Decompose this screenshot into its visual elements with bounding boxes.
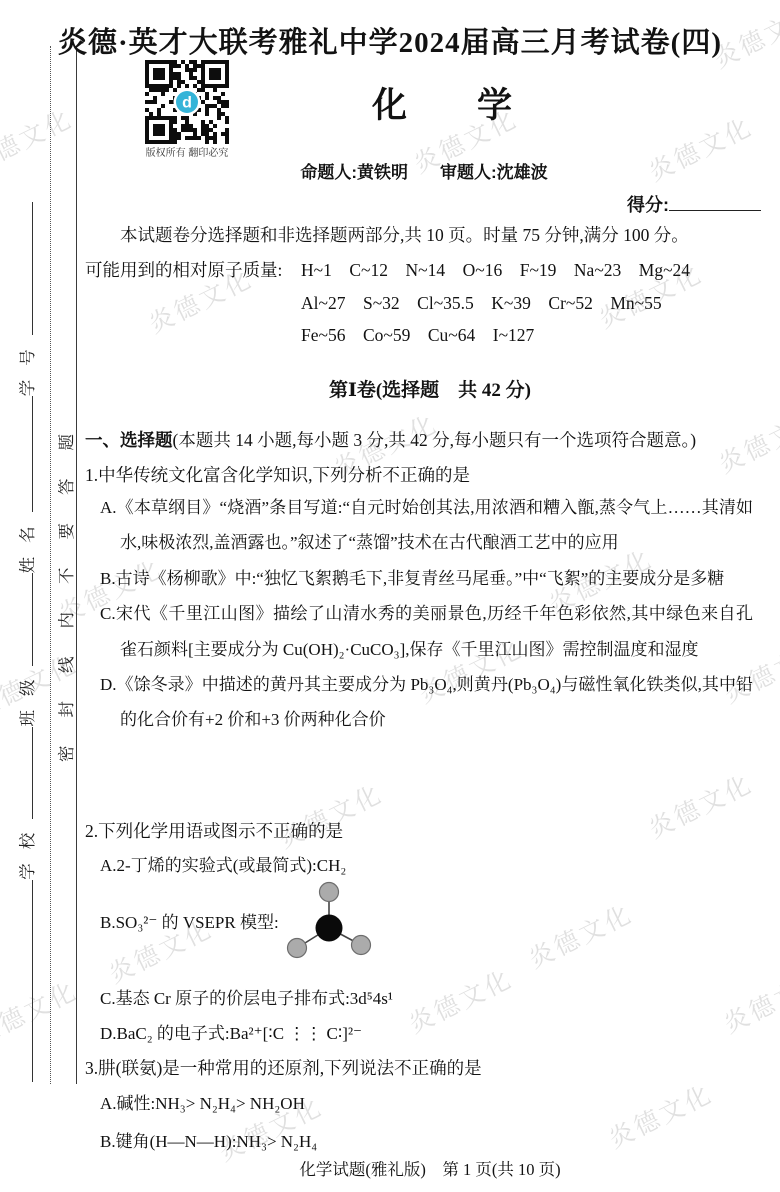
class-blank-line <box>29 727 33 819</box>
score-blank-line <box>669 208 761 211</box>
watermark-text: 炎德文化 <box>602 1074 718 1155</box>
section-title: 第Ⅰ卷(选择题 共 42 分) <box>85 375 775 402</box>
atomic-masses-label: 可能用到的相对原子质量: <box>85 254 282 287</box>
sidebar-field-class: 班级 <box>14 666 38 727</box>
footer-page-info: 化学试题(雅礼版) 第 1 页(共 10 页) <box>85 1156 775 1180</box>
selection-instruction: 一、选择题(本题共 14 小题,每小题 3 分,共 42 分,每小题只有一个选项… <box>85 427 757 452</box>
question-1-options: A.《本草纲目》“烧酒”条目写道:“自元时始创其法,用浓酒和糟入甑,蒸令气上……… <box>85 490 753 738</box>
proposer-label: 命题人:黄铁明 <box>300 158 408 183</box>
top-blank-line <box>29 202 33 335</box>
outer-atom <box>287 939 306 958</box>
subject-title: 化 学 <box>85 78 780 128</box>
sidebar-field-school: 学校 <box>14 819 38 880</box>
option-1c: C.宋代《千里江山图》描绘了山清水秀的美丽景色,历经千年色彩依然,其中绿色来自孔… <box>120 596 753 667</box>
score-label: 得分: <box>627 195 669 215</box>
exam-paper-page: 炎德文化炎德文化炎德文化炎德文化炎德文化炎德文化炎德文化炎德文化炎德文化炎德文化… <box>0 0 780 1192</box>
option-1a: A.《本草纲目》“烧酒”条目写道:“自元时始创其法,用浓酒和糟入甑,蒸令气上……… <box>120 490 753 561</box>
central-atom <box>315 915 342 942</box>
option-3a: A.碱性:NH₃> N₂H₄> NH₂OH <box>100 1089 305 1114</box>
option-2d: D.BaC₂ 的电子式:Ba²⁺[∶C ⋮⋮ C∶]²⁻ <box>100 1019 362 1044</box>
exam-authors-line: 命题人:黄铁明 审题人:沈雄波 <box>85 158 763 183</box>
sidebar-student-fields: 学校 班级 姓名 学号 <box>14 202 48 1082</box>
option-2c: C.基态 Cr 原子的价层电子排布式:3d⁵4s¹ <box>100 984 393 1009</box>
atomic-masses-line: Al~27 S~32 Cl~35.5 K~39 Cr~52 Mn~55 <box>85 287 753 320</box>
selection-instruction-rest: (本题共 14 小题,每小题 3 分,共 42 分,每小题只有一个选项符合题意。… <box>173 430 697 450</box>
outer-atom <box>319 883 338 902</box>
vsepr-model-diagram <box>285 878 377 962</box>
option-2a: A.2-丁烯的实验式(或最简式):CH₂ <box>100 851 346 876</box>
selection-instruction-lead: 一、选择题 <box>85 430 173 450</box>
option-3b: B.键角(H—N—H):NH₃> N₂H₄ <box>100 1127 317 1152</box>
question-3-stem: 3.肼(联氨)是一种常用的还原剂,下列说法不正确的是 <box>85 1055 482 1080</box>
atomic-masses-line: Fe~56 Co~59 Cu~64 I~127 <box>85 319 753 352</box>
watermark-text: 炎德文化 <box>717 959 780 1040</box>
question-2-stem: 2.下列化学用语或图示不正确的是 <box>85 818 343 843</box>
watermark-text: 炎德文化 <box>642 764 758 845</box>
name-blank-line <box>29 573 33 665</box>
outer-atom <box>351 936 370 955</box>
sidebar-field-number: 学号 <box>14 335 38 396</box>
watermark-text: 炎德文化 <box>402 959 518 1040</box>
watermark-text: 炎德文化 <box>272 774 388 855</box>
watermark-text: 炎德文化 <box>522 894 638 975</box>
qr-caption: 版权所有 翻印必究 <box>133 144 241 159</box>
atomic-masses-block: 可能用到的相对原子质量: H~1 C~12 N~14 O~16 F~19 Na~… <box>85 254 753 352</box>
sidebar-field-name: 姓名 <box>14 512 38 573</box>
option-2b: B.SO₃²⁻ 的 VSEPR 模型: <box>100 878 377 962</box>
exam-title: 炎德·英才大联考雅礼中学2024届高三月考试卷(四) <box>0 20 780 61</box>
option-1b: B.古诗《杨柳歌》中:“独忆飞絮鹅毛下,非复青丝马尾垂。”中“飞絮”的主要成分是… <box>120 561 753 596</box>
question-1-stem: 1.中华传统文化富含化学知识,下列分析不正确的是 <box>85 462 470 487</box>
score-field: 得分: <box>627 191 761 217</box>
option-1d: D.《馀冬录》中描述的黄丹其主要成分为 Pb₃O₄,则黄丹(Pb₃O₄)与磁性氧… <box>120 667 753 738</box>
exam-summary: 本试题卷分选择题和非选择题两部分,共 10 页。时量 75 分钟,满分 100 … <box>85 222 749 247</box>
school-blank-line <box>29 880 33 1082</box>
number-blank-line <box>29 396 33 512</box>
reviewer-label: 审题人:沈雄波 <box>440 158 548 183</box>
seal-dotted-line <box>50 46 51 1084</box>
sidebar-seal-text: 密封线内不要答题 <box>56 400 77 762</box>
watermark-text: 炎德文化 <box>0 99 78 180</box>
option-2b-text: B.SO₃²⁻ 的 VSEPR 模型: <box>100 908 279 933</box>
